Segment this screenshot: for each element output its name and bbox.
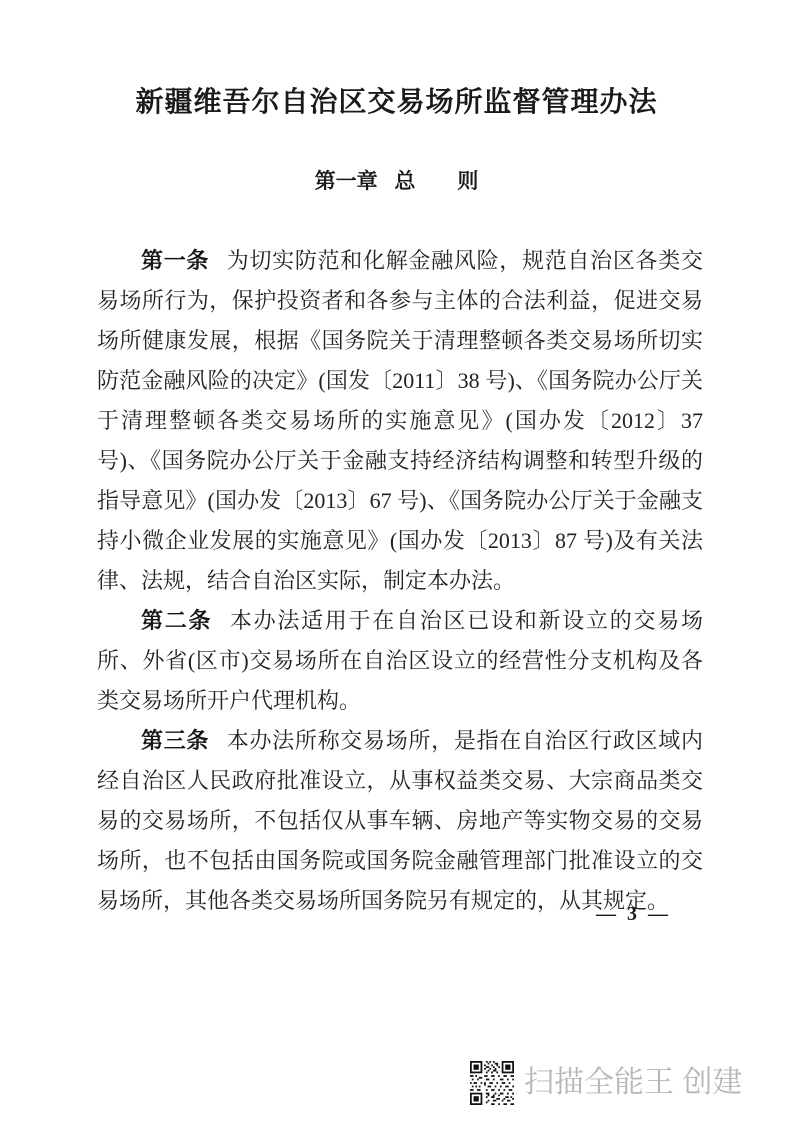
article-1: 第一条为切实防范和化解金融风险，规范自治区各类交易场所行为，保护投资者和各参与主… [97, 241, 703, 601]
watermark-text: 扫描全能王 创建 [524, 1068, 742, 1098]
article-3-text: 本办法所称交易场所，是指在自治区行政区域内经自治区人民政府批准设立，从事权益类交… [97, 728, 703, 913]
article-2-number: 第二条 [141, 608, 212, 633]
chapter-number: 第一章 [315, 169, 378, 193]
article-3: 第三条本办法所称交易场所，是指在自治区行政区域内经自治区人民政府批准设立，从事权… [97, 721, 703, 921]
article-2: 第二条本办法适用于在自治区已设和新设立的交易场所、外省(区市)交易场所在自治区设… [97, 601, 703, 721]
article-1-text: 为切实防范和化解金融风险，规范自治区各类交易场所行为，保护投资者和各参与主体的合… [97, 248, 703, 593]
scanned-document-page: 新疆维吾尔自治区交易场所监督管理办法 第一章总 则 第一条为切实防范和化解金融风… [0, 0, 793, 1122]
document-title: 新疆维吾尔自治区交易场所监督管理办法 [0, 80, 793, 120]
article-1-number: 第一条 [141, 248, 209, 273]
chapter-heading: 第一章总 则 [0, 165, 793, 195]
page-number: — 3 — [596, 903, 671, 926]
qr-code-icon [470, 1061, 514, 1105]
chapter-name: 总 则 [394, 169, 478, 193]
article-3-number: 第三条 [141, 728, 209, 753]
camscanner-watermark: 扫描全能王 创建 [470, 1061, 742, 1105]
document-body: 第一条为切实防范和化解金融风险，规范自治区各类交易场所行为，保护投资者和各参与主… [97, 241, 703, 921]
